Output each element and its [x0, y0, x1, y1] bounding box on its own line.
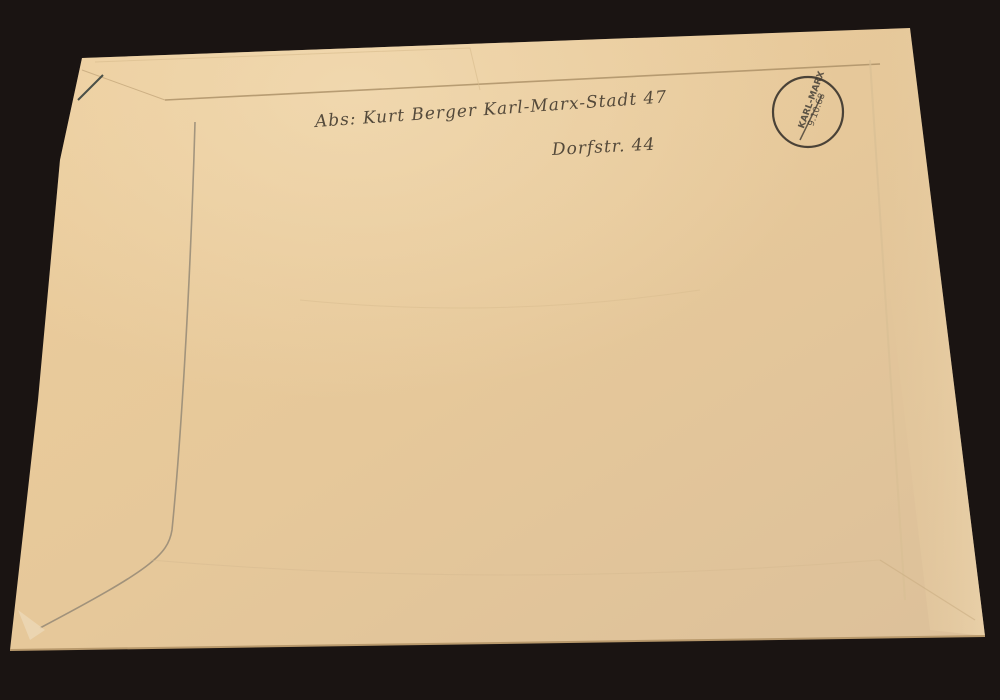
envelope [10, 28, 985, 650]
